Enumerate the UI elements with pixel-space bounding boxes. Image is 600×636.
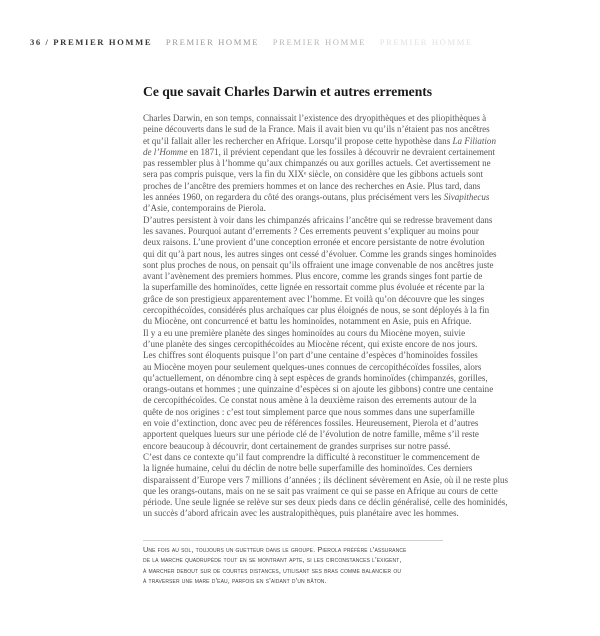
body-line: au Miocène moyen pour seulement quelques… bbox=[143, 362, 471, 373]
photo-caption: Une fois au sol, toujours un guetteur da… bbox=[143, 545, 443, 586]
body-line: période. Une seule lignée se relève sur … bbox=[143, 497, 471, 508]
body-line: d’une planète des singes cercopithécoïde… bbox=[143, 339, 471, 350]
body-line: peine découverts dans le sud de la Franc… bbox=[143, 124, 471, 135]
body-line: de cercopithécoïdes. Ce constat nous amè… bbox=[143, 395, 471, 406]
body-line: du Miocène, ont concurrencé et battu les… bbox=[143, 316, 471, 327]
body-line: cercopithécoïdes, considérés plus archaï… bbox=[143, 305, 471, 316]
running-head-primary: 36 / PREMIER HOMME bbox=[30, 37, 152, 47]
body-line: proches de l’ancêtre des premiers hommes… bbox=[143, 181, 471, 192]
body-line: D’autres persistent à voir dans les chim… bbox=[143, 215, 471, 226]
body-line: quête de nos origines : c’est tout simpl… bbox=[143, 407, 471, 418]
caption-line: à traverser une mare d’eau, parfois en s… bbox=[143, 576, 443, 586]
body-line: qui dit qu’à part nous, les autres singe… bbox=[143, 249, 471, 260]
body-line: en voie d’extinction, donc avec peu de r… bbox=[143, 418, 471, 429]
section-title: Ce que savait Charles Darwin et autres e… bbox=[143, 84, 432, 100]
body-line: avant l’avènement des premiers hommes. P… bbox=[143, 271, 471, 282]
caption-line: de la marche quadrupède tout en se montr… bbox=[143, 555, 443, 565]
genus-italic: Sivapithecus bbox=[444, 192, 490, 202]
book-title-italic: de l’Homme bbox=[143, 147, 187, 157]
body-text: Charles Darwin, en son temps, connaissai… bbox=[143, 113, 471, 520]
body-line: de l’Homme en 1871, il prévient cependan… bbox=[143, 147, 471, 158]
body-line: Charles Darwin, en son temps, connaissai… bbox=[143, 113, 471, 124]
body-line: sont plus proches de nous, on pensait qu… bbox=[143, 260, 471, 271]
body-line: pas ressembler plus à l’homme qu’aux chi… bbox=[143, 158, 471, 169]
body-line: disparaissent d’Europe vers 7 millions d… bbox=[143, 475, 471, 486]
body-line: la superfamille des hominoïdes, cette li… bbox=[143, 282, 471, 293]
book-title-italic: La Filiation bbox=[453, 136, 496, 146]
body-line: orangs-outans et hommes ; une quinzaine … bbox=[143, 384, 471, 395]
body-line: et qu’il fallait aller les rechercher en… bbox=[143, 136, 471, 147]
body-line: grâce de son prestigieux apparentement a… bbox=[143, 294, 471, 305]
body-line: C’est dans ce contexte qu’il faut compre… bbox=[143, 452, 471, 463]
running-head-echo-2: PREMIER HOMME bbox=[273, 37, 366, 47]
body-line: deux raisons. L’une provient d’une conce… bbox=[143, 237, 471, 248]
running-head: 36 / PREMIER HOMME PREMIER HOMME PREMIER… bbox=[30, 37, 483, 47]
caption-line: à marcher debout sur de courtes distance… bbox=[143, 566, 443, 576]
body-line: que les orangs-outans, mais on ne se sai… bbox=[143, 486, 471, 497]
caption-divider bbox=[143, 540, 443, 541]
body-line: les années 1960, on regardera du côté de… bbox=[143, 192, 471, 203]
body-line: encore beaucoup à découvrir, dont certai… bbox=[143, 441, 471, 452]
body-line: un succès d’abord africain avec les aust… bbox=[143, 508, 471, 519]
body-line: qu’actuellement, on dénombre cinq à sept… bbox=[143, 373, 471, 384]
body-line: sera pas compris puisque, vers la fin du… bbox=[143, 169, 471, 180]
running-head-echo-1: PREMIER HOMME bbox=[166, 37, 259, 47]
body-line: Il y a eu une première planète des singe… bbox=[143, 328, 471, 339]
body-line: les savanes. Pourquoi autant d’errements… bbox=[143, 226, 471, 237]
body-line: d’Asie, contemporains de Pierola. bbox=[143, 203, 471, 214]
body-line: apportent quelques lueurs sur une périod… bbox=[143, 429, 471, 440]
body-line: Les chiffres sont éloquents puisque l’on… bbox=[143, 350, 471, 361]
running-head-echo-3: PREMIER HOMME bbox=[380, 37, 473, 47]
caption-line: Une fois au sol, toujours un guetteur da… bbox=[143, 545, 443, 555]
body-line: la lignée humaine, celui du déclin de no… bbox=[143, 463, 471, 474]
